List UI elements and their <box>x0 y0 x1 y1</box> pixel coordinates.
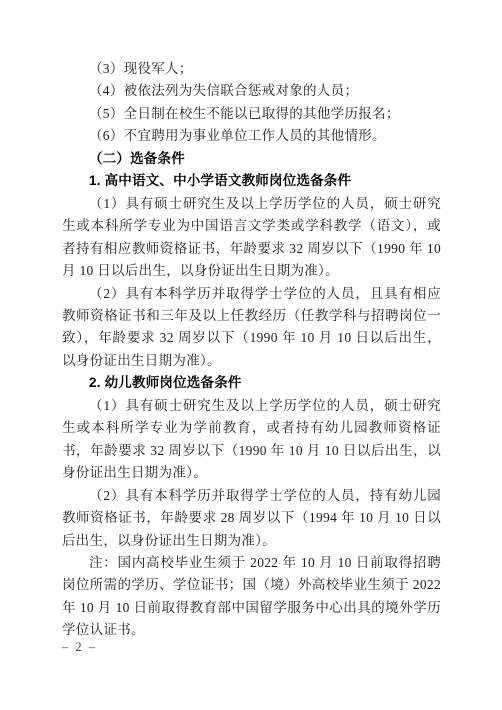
subsection-heading: （二）选备条件 <box>62 148 441 170</box>
excluded-item-6: （6）不宜聘用为事业单位工作人员的其他情形。 <box>62 125 441 147</box>
job2-condition-paragraph-1: （1）具有硕士研究生及以上学历学位的人员，硕士研究生或本科所学专业为学前教育，或… <box>62 395 441 485</box>
job1-heading: 1. 高中语文、中小学语文教师岗位选备条件 <box>62 170 441 192</box>
excluded-item-3: （3）现役军人； <box>62 58 441 80</box>
job2-heading: 2. 幼儿教师岗位选备条件 <box>62 372 441 394</box>
document-page: （3）现役军人； （4）被依法列为失信联合惩戒对象的人员； （5）全日制在校生不… <box>0 0 502 710</box>
job1-condition-paragraph-1: （1）具有硕士研究生及以上学历学位的人员，硕士研究生或本科所学专业为中国语言文学… <box>62 193 441 283</box>
job2-condition-paragraph-2: （2）具有本科学历并取得学士学位的人员，持有幼儿园教师资格证书，年龄要求 28 … <box>62 485 441 552</box>
excluded-item-4: （4）被依法列为失信联合惩戒对象的人员； <box>62 80 441 102</box>
note-paragraph: 注：国内高校毕业生须于 2022 年 10 月 10 日前取得招聘岗位所需的学历… <box>62 552 441 642</box>
job1-condition-paragraph-2: （2）具有本科学历并取得学士学位的人员，且具有相应教师资格证书和三年及以上任教经… <box>62 283 441 373</box>
excluded-item-5: （5）全日制在校生不能以已取得的其他学历报名； <box>62 103 441 125</box>
page-number: – 2 – <box>62 640 97 655</box>
document-body: （3）现役军人； （4）被依法列为失信联合惩戒对象的人员； （5）全日制在校生不… <box>62 58 441 642</box>
